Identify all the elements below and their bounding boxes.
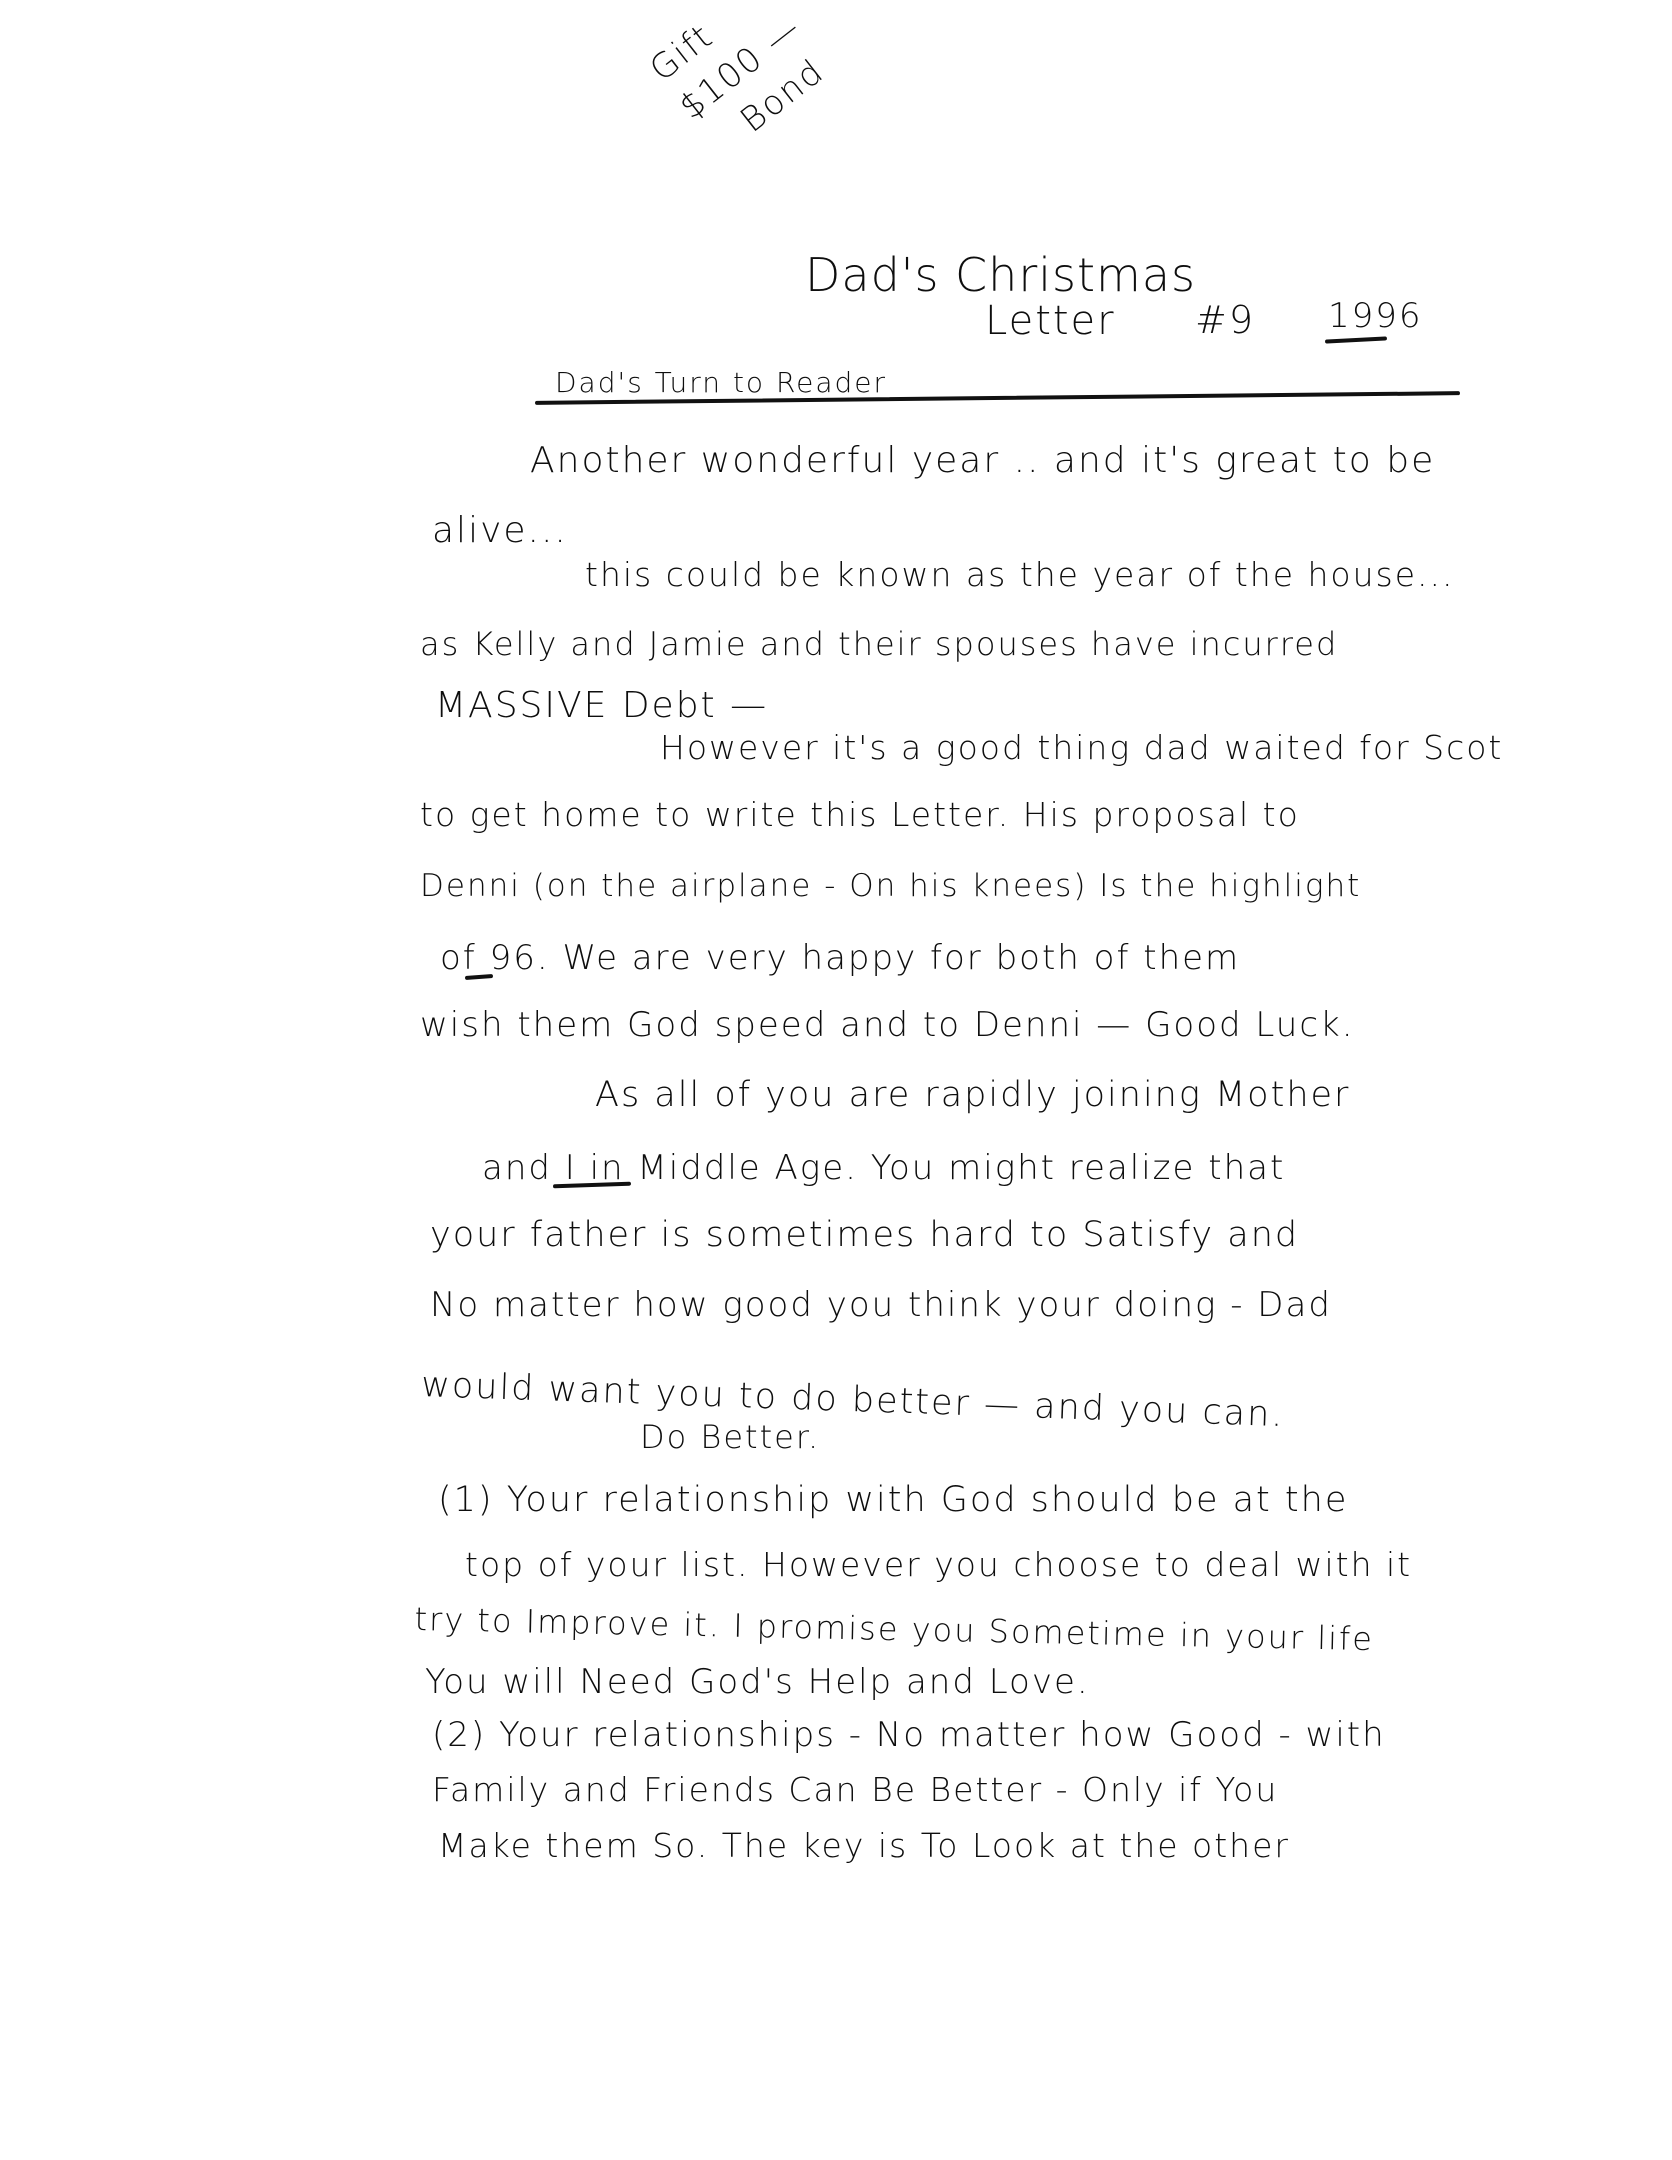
letter-page: Gift $100 — Bond Dad's Christmas Letter … [0,0,1672,2160]
body-line: You will Need God's Help and Love. [425,1662,1090,1702]
body-line: (2) Your relationships - No matter how G… [432,1715,1386,1755]
letter-title-line2: Letter [985,298,1116,344]
body-line: would want you to do better — and you ca… [421,1365,1285,1435]
body-line: as Kelly and Jamie and their spouses hav… [420,625,1338,663]
body-line: Make them So. The key is To Look at the … [438,1826,1290,1865]
body-line: As all of you are rapidly joining Mother [595,1075,1350,1115]
body-line: Family and Friends Can Be Better - Only … [432,1770,1278,1809]
body-line: Do Better. [640,1418,820,1456]
body-line: alive... [432,510,568,551]
body-line: Another wonderful year .. and it's great… [530,440,1435,481]
body-line: try to Improve it. I promise you Sometim… [414,1600,1374,1658]
letter-year: 1996 [1328,296,1423,336]
letter-number: #9 [1195,298,1255,342]
body-line: top of your list. However you choose to … [465,1545,1412,1584]
body-line: MASSIVE Debt — [435,685,768,726]
margin-note: Gift $100 — Bond [640,0,842,168]
body-line: this could be known as the year of the h… [585,555,1455,594]
letter-subtitle: Dad's Turn to Reader [555,366,887,399]
body-line: Denni (on the airplane - On his knees) I… [420,868,1361,904]
body-line: However it's a good thing dad waited for… [660,728,1503,767]
letter-title: Dad's Christmas [805,248,1196,302]
body-line: wish them God speed and to Denni — Good … [420,1005,1355,1045]
body-line: to get home to write this Letter. His pr… [420,795,1300,834]
body-line: No matter how good you think your doing … [430,1285,1332,1325]
body-line: (1) Your relationship with God should be… [438,1480,1348,1520]
body-line: of 96. We are very happy for both of the… [440,938,1240,978]
year-underline [1325,336,1387,343]
underline-96 [465,974,493,980]
body-line: your father is sometimes hard to Satisfy… [430,1215,1299,1255]
